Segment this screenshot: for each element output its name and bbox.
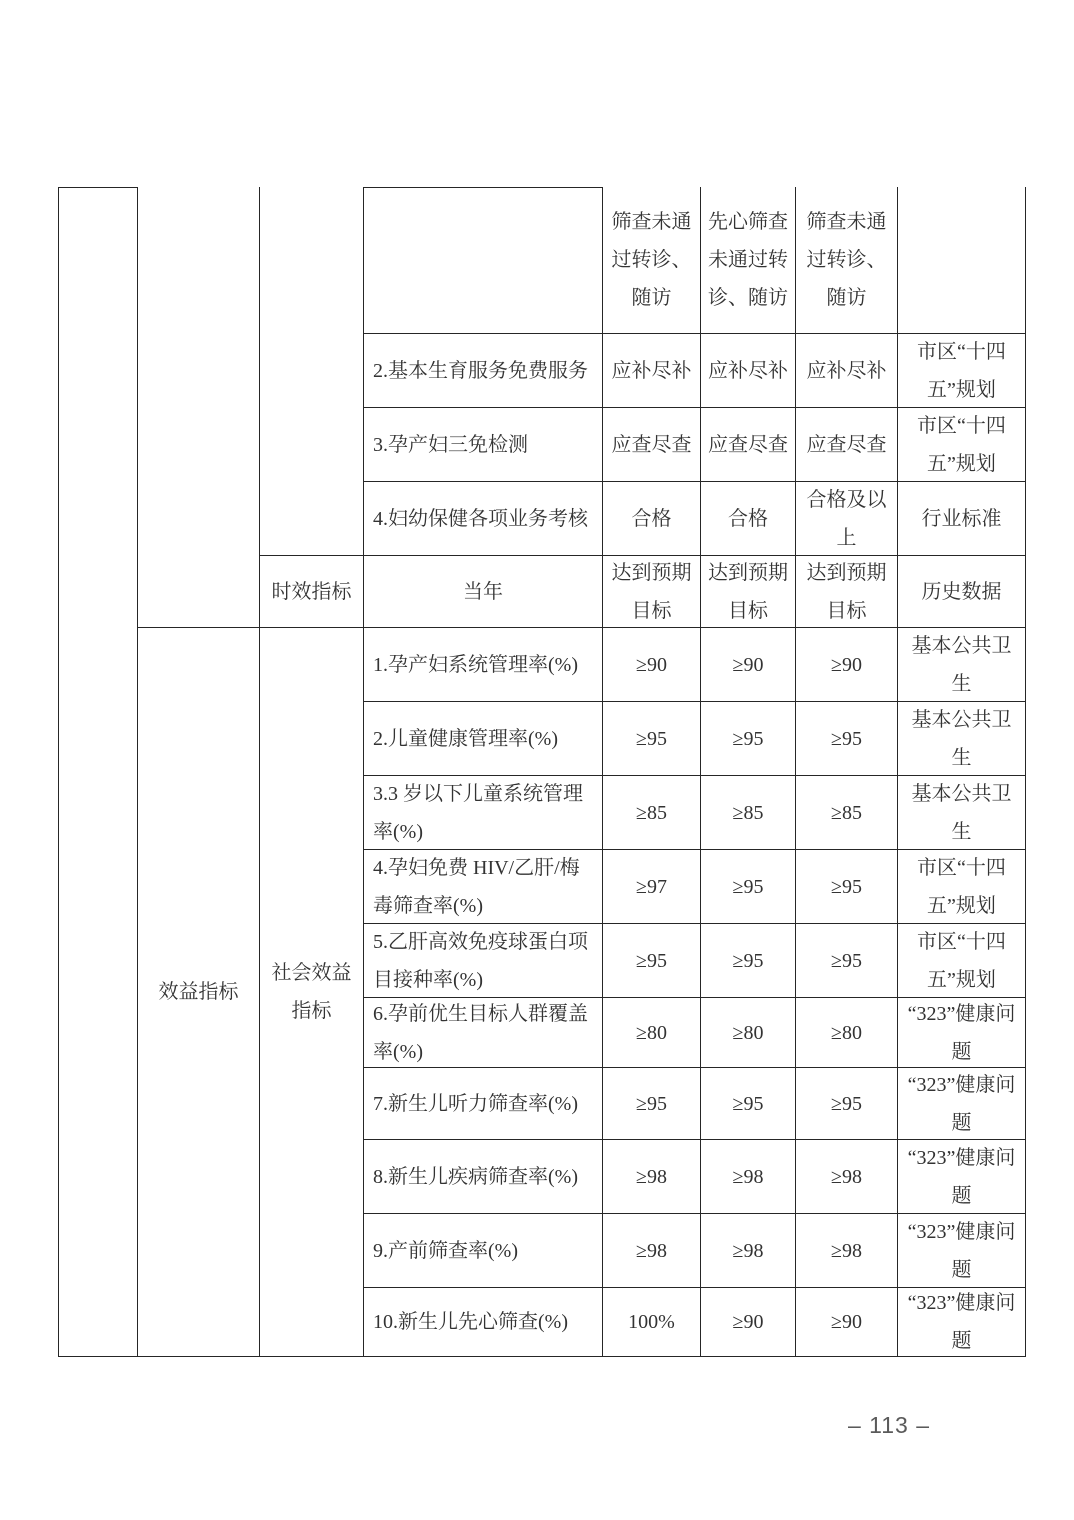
indicator-name-cell: 9.产前筛查率(%) <box>364 1214 603 1288</box>
indicator-name-cell: 3.3 岁以下儿童系统管理率(%) <box>364 776 603 850</box>
basis-cell: 基本公共卫生 <box>898 776 1026 850</box>
performance-indicator-table: 效益指标 时效指标 社会效益指标 筛查未通过转诊、随访 先心筛查未通过转诊、随访… <box>58 187 1026 1357</box>
basis-cell: 市区“十四五”规划 <box>898 334 1026 408</box>
target-value-cell: ≥90 <box>603 628 701 702</box>
social-benefit-subgroup-label: 社会效益指标 <box>267 954 356 1030</box>
indicator-name-cell: 2.儿童健康管理率(%) <box>364 702 603 776</box>
target-value-cell: ≥80 <box>796 998 898 1068</box>
timeliness-subgroup-cell: 时效指标 <box>260 556 364 628</box>
basis-cell: 基本公共卫生 <box>898 702 1026 776</box>
target-value-cell: 应查尽查 <box>701 408 796 482</box>
target-value-cell: ≥95 <box>603 924 701 998</box>
target-value-cell: ≥98 <box>796 1140 898 1214</box>
target-value-cell: 合格 <box>603 482 701 556</box>
target-value-cell: ≥85 <box>603 776 701 850</box>
target-value-cell: ≥90 <box>701 628 796 702</box>
left-margin-cell <box>59 187 138 1357</box>
basis-cell: “323”健康问题 <box>898 998 1026 1068</box>
target-value-cell: ≥98 <box>701 1140 796 1214</box>
target-value-cell: 应补尽补 <box>701 334 796 408</box>
indicator-name-cell: 8.新生儿疾病筛查率(%) <box>364 1140 603 1214</box>
page-number: – 113 – <box>848 1412 930 1439</box>
quality-subgroup-continuation-cell <box>260 187 364 556</box>
basis-cell: “323”健康问题 <box>898 1140 1026 1214</box>
indicator-name-cell: 4.孕妇免费 HIV/乙肝/梅毒筛查率(%) <box>364 850 603 924</box>
target-value-cell: ≥98 <box>603 1140 701 1214</box>
target-value-cell: ≥95 <box>603 702 701 776</box>
target-value-cell: ≥95 <box>701 1068 796 1140</box>
target-value-cell: ≥98 <box>603 1214 701 1288</box>
basis-cell: 基本公共卫生 <box>898 628 1026 702</box>
target-value-cell: 合格及以上 <box>796 482 898 556</box>
indicator-name-cell: 5.乙肝高效免疫球蛋白项目接种率(%) <box>364 924 603 998</box>
target-value-cell: 应查尽查 <box>796 408 898 482</box>
target-value-cell: ≥97 <box>603 850 701 924</box>
target-value-cell: ≥95 <box>701 850 796 924</box>
target-value-cell: ≥95 <box>701 924 796 998</box>
target-value-cell: ≥90 <box>796 1288 898 1357</box>
benefit-group-label: 效益指标 <box>159 973 239 1011</box>
indicator-name-cell <box>364 187 603 334</box>
indicator-name-cell: 3.孕产妇三免检测 <box>364 408 603 482</box>
timeliness-subgroup-label: 时效指标 <box>272 573 352 611</box>
basis-cell: “323”健康问题 <box>898 1214 1026 1288</box>
target-value-cell: 100% <box>603 1288 701 1357</box>
output-group-continuation-cell <box>138 187 260 628</box>
indicator-name-cell: 2.基本生育服务免费服务 <box>364 334 603 408</box>
target-value-cell: ≥80 <box>603 998 701 1068</box>
target-value-cell: 筛查未通过转诊、随访 <box>603 187 701 334</box>
target-value-cell: ≥90 <box>701 1288 796 1357</box>
basis-cell: 历史数据 <box>898 556 1026 628</box>
indicator-name-cell: 7.新生儿听力筛查率(%) <box>364 1068 603 1140</box>
target-value-cell: ≥95 <box>796 702 898 776</box>
target-value-cell: ≥95 <box>796 1068 898 1140</box>
basis-cell: 行业标准 <box>898 482 1026 556</box>
target-value-cell: ≥95 <box>603 1068 701 1140</box>
target-value-cell: ≥95 <box>701 702 796 776</box>
social-benefit-subgroup-cell: 社会效益指标 <box>260 628 364 1357</box>
basis-cell <box>898 187 1026 334</box>
basis-cell: 市区“十四五”规划 <box>898 924 1026 998</box>
benefit-group-cell: 效益指标 <box>138 628 260 1357</box>
target-value-cell: ≥90 <box>796 628 898 702</box>
target-value-cell: 合格 <box>701 482 796 556</box>
target-value-cell: 应查尽查 <box>603 408 701 482</box>
basis-cell: “323”健康问题 <box>898 1068 1026 1140</box>
basis-cell: 市区“十四五”规划 <box>898 408 1026 482</box>
indicator-name-cell: 6.孕前优生目标人群覆盖率(%) <box>364 998 603 1068</box>
target-value-cell: ≥95 <box>796 924 898 998</box>
indicator-name-cell: 1.孕产妇系统管理率(%) <box>364 628 603 702</box>
indicator-name-cell: 10.新生儿先心筛查(%) <box>364 1288 603 1357</box>
target-value-cell: 达到预期目标 <box>796 556 898 628</box>
indicator-name-cell: 当年 <box>364 556 603 628</box>
target-value-cell: ≥80 <box>701 998 796 1068</box>
basis-cell: “323”健康问题 <box>898 1288 1026 1357</box>
target-value-cell: 筛查未通过转诊、随访 <box>796 187 898 334</box>
target-value-cell: ≥85 <box>796 776 898 850</box>
indicator-name-cell: 4.妇幼保健各项业务考核 <box>364 482 603 556</box>
target-value-cell: ≥98 <box>796 1214 898 1288</box>
target-value-cell: ≥85 <box>701 776 796 850</box>
target-value-cell: ≥95 <box>796 850 898 924</box>
document-page: 效益指标 时效指标 社会效益指标 筛查未通过转诊、随访 先心筛查未通过转诊、随访… <box>0 0 1074 1520</box>
target-value-cell: 先心筛查未通过转诊、随访 <box>701 187 796 334</box>
target-value-cell: 达到预期目标 <box>603 556 701 628</box>
target-value-cell: 达到预期目标 <box>701 556 796 628</box>
target-value-cell: ≥98 <box>701 1214 796 1288</box>
basis-cell: 市区“十四五”规划 <box>898 850 1026 924</box>
target-value-cell: 应补尽补 <box>796 334 898 408</box>
target-value-cell: 应补尽补 <box>603 334 701 408</box>
